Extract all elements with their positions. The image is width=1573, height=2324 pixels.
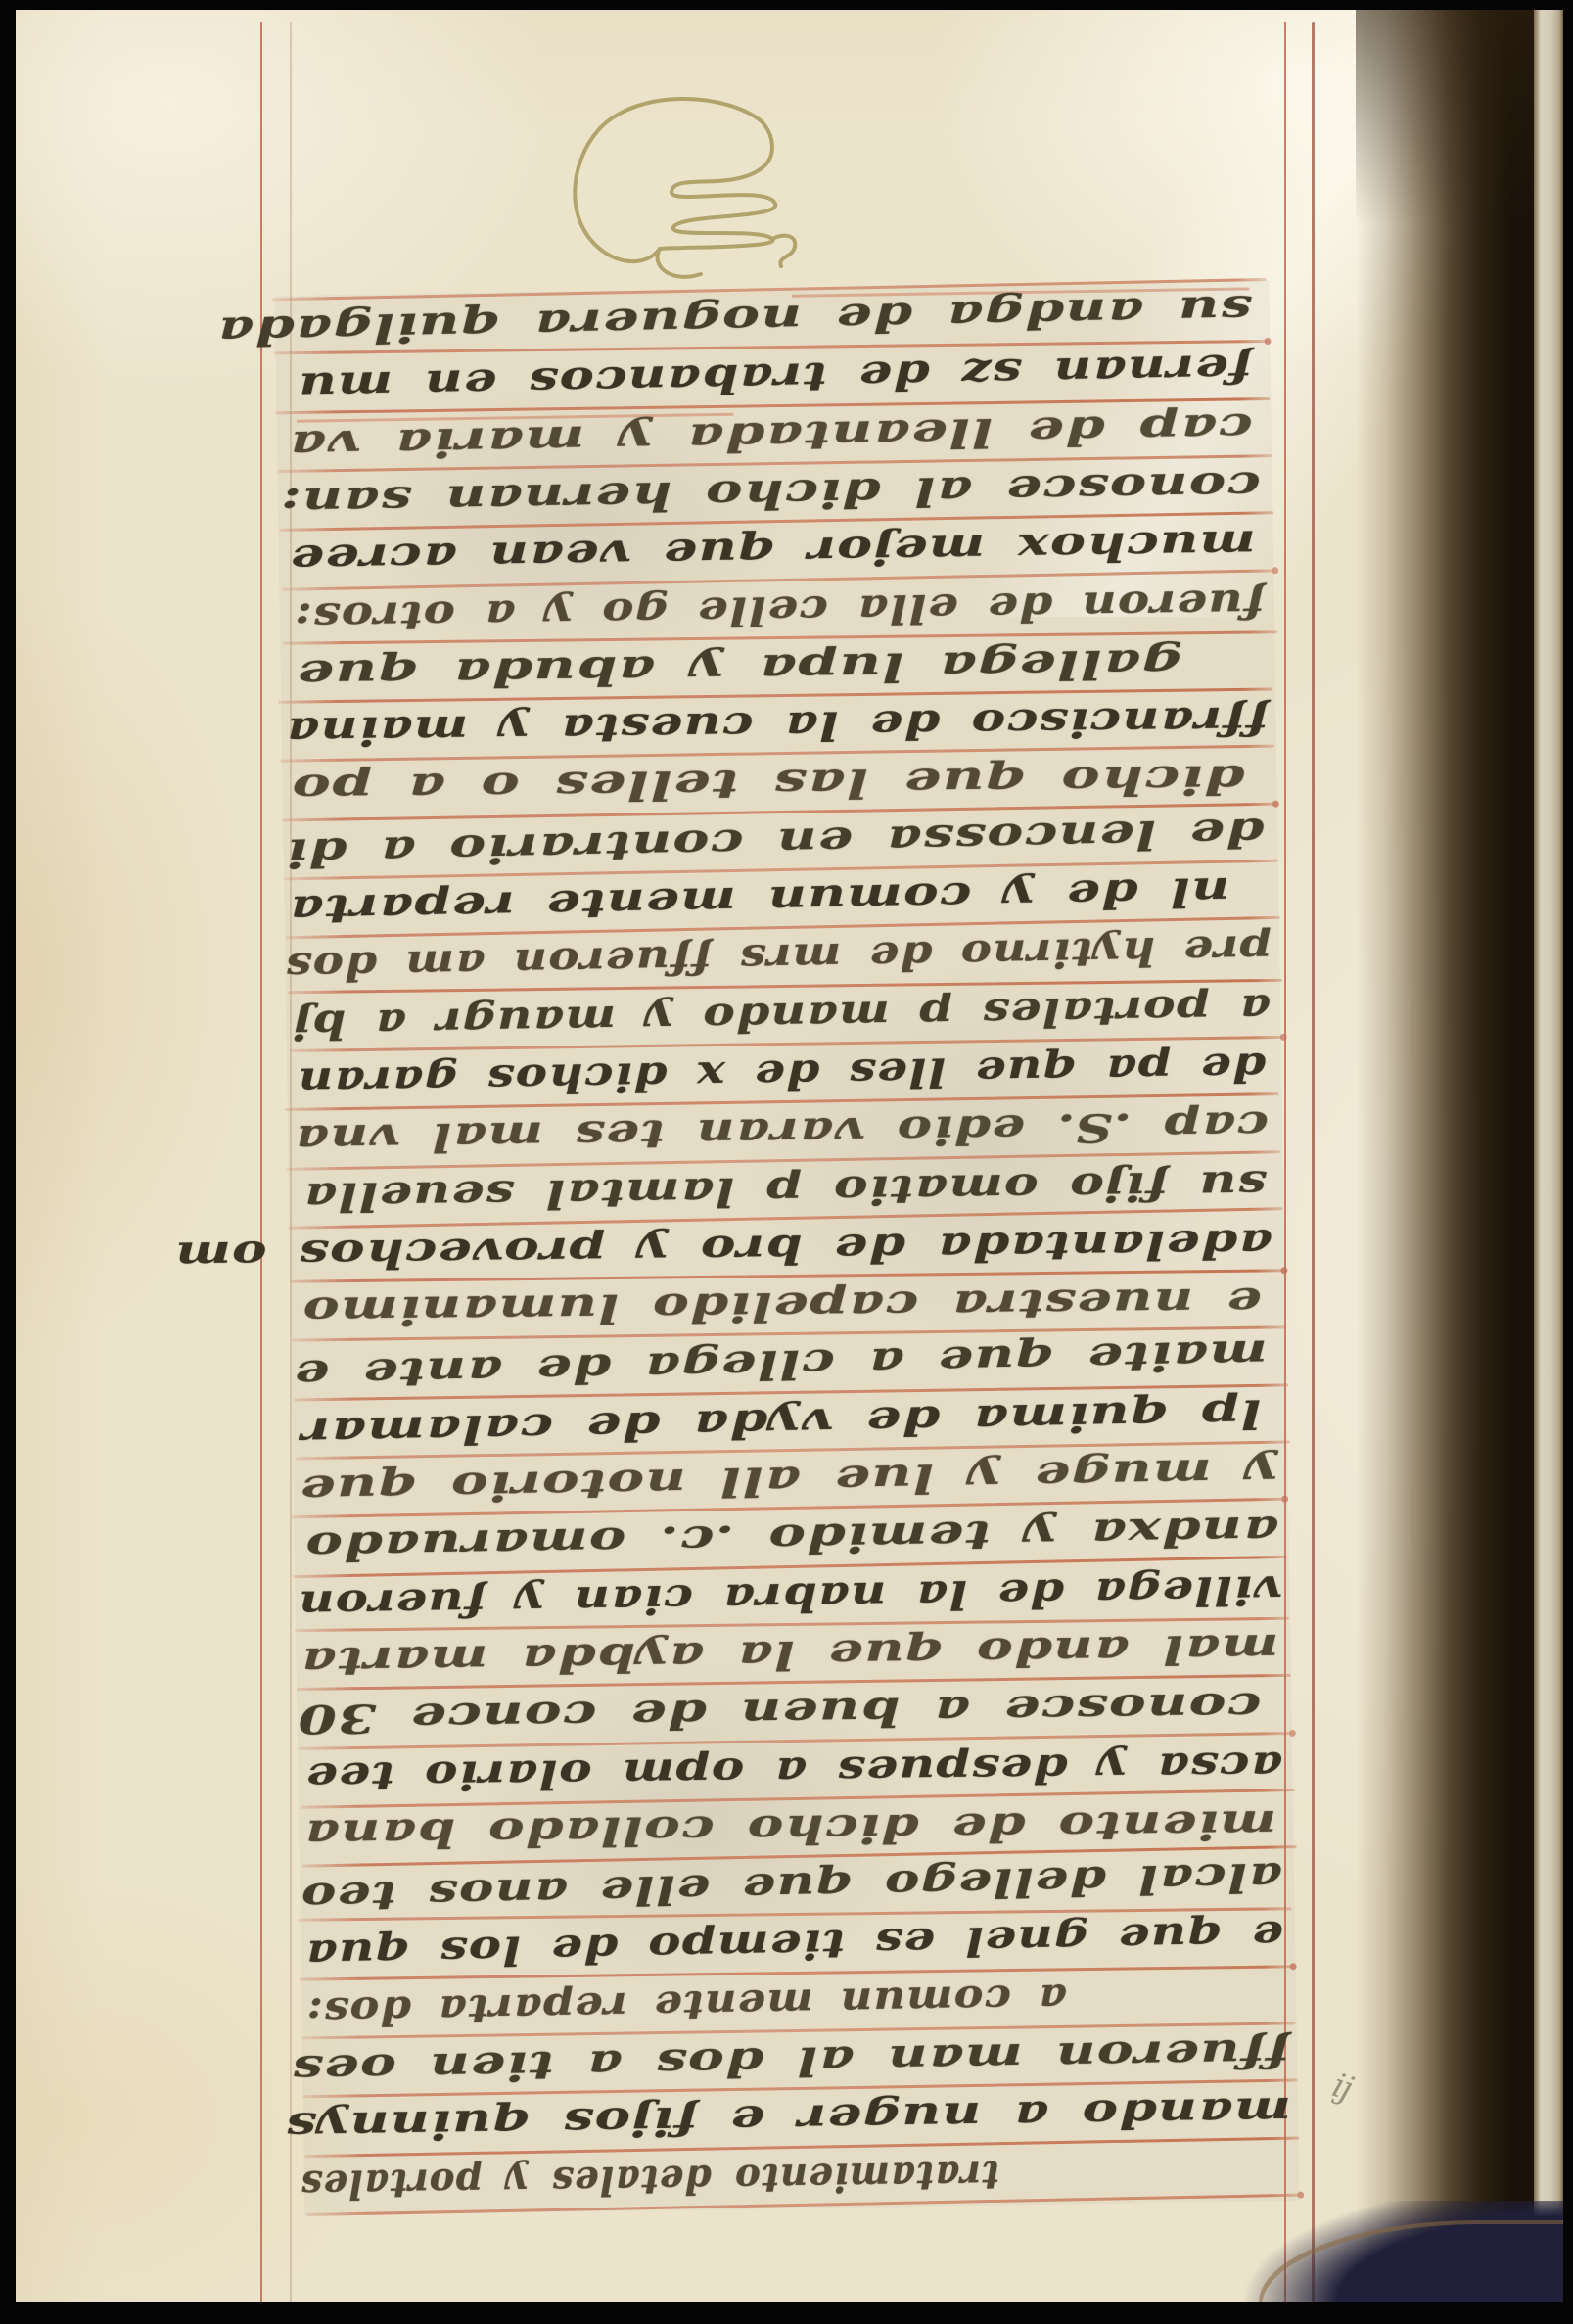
calligraphic-knot-flourish-icon [534,78,809,313]
manuscript-text-line: su fijo omatio p lamtal seuella [302,1154,1268,1224]
margin-rule-right-outer [1312,22,1315,2302]
page-corner-curl-edge [1259,2220,1563,2302]
page-corner-shadow [1229,2201,1563,2302]
photographed-manuscript: { "page": { "folio_mark": "ij", "flouris… [0,0,1573,2324]
manuscript-text-line: gallega lupa y abuda que [296,633,1182,702]
manuscript-text-line: ffrancisco de la cuesta y maina [285,690,1269,759]
manuscript-page: su andga de noguera quilgadafernan sz de… [16,10,1563,2302]
margin-rule-left-outer [260,22,262,2302]
page-edge-highlight [1534,10,1563,2302]
manuscript-text-line: tratamiento detales y portales [301,2145,1000,2211]
binding-shadow [1356,10,1534,2302]
folio-mark: ij [1327,2066,1356,2108]
text-block: su andga de noguera quilgadafernan sz de… [275,280,1300,2216]
manuscript-text-line: acsa y despues a opm olario tee [305,1736,1283,1803]
